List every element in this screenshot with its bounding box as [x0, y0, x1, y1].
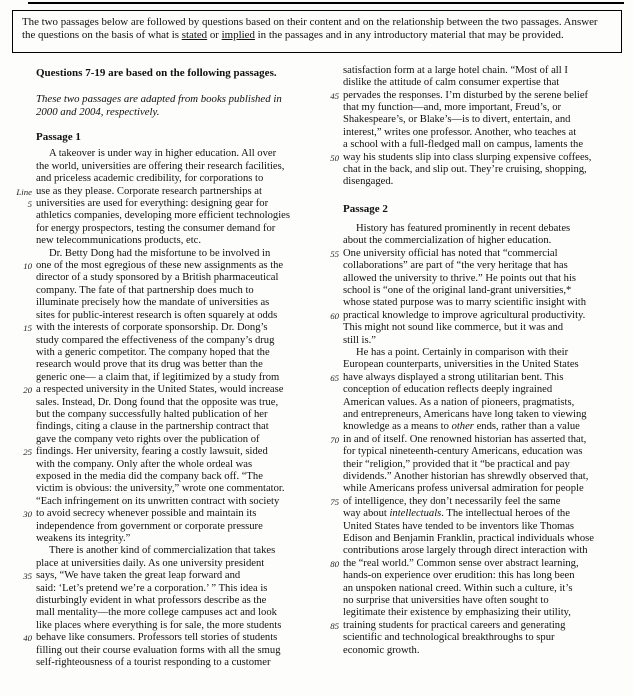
line-text: conception of education reflects deeply …	[343, 384, 624, 396]
line-number	[10, 583, 36, 595]
passage-line: their “religion,” provided that it “be p…	[317, 459, 624, 471]
line-number	[317, 359, 343, 371]
line-text: one of the most egregious of these new a…	[36, 260, 317, 272]
line-number	[317, 139, 343, 151]
line-number	[10, 210, 36, 222]
line-number	[317, 322, 343, 334]
instructions-box: The two passages below are followed by q…	[12, 10, 622, 53]
passage-1-continued-body: satisfaction form at a large hotel chain…	[317, 65, 624, 189]
passage-line: like places where everything is for sale…	[10, 620, 317, 632]
line-number: 60	[317, 310, 343, 322]
line-number	[317, 347, 343, 359]
line-text: dividends.” Another historian has shrewd…	[343, 471, 624, 483]
line-text: legitimate their existence by emphasizin…	[343, 607, 624, 619]
passage-line: chat in the back, and slip out. They’re …	[317, 164, 624, 176]
line-text: “Each infringement on its unwritten cont…	[36, 496, 317, 508]
line-number	[10, 421, 36, 433]
line-text: This might not sound like commerce, but …	[343, 322, 624, 334]
line-number	[10, 558, 36, 570]
line-text: for typical nineteenth-century Americans…	[343, 446, 624, 458]
line-text: with the company. Only after the whole o…	[36, 459, 317, 471]
line-number	[10, 310, 36, 322]
passage-line: whose stated purpose was to marry scient…	[317, 297, 624, 309]
line-text: hands-on experience over erudition: this…	[343, 570, 624, 582]
line-number	[317, 77, 343, 89]
passage-line: American values. As a nation of pioneers…	[317, 397, 624, 409]
line-number	[317, 533, 343, 545]
passage-line: victim is obvious: the university,” wrot…	[10, 483, 317, 495]
questions-header: Questions 7-19 are based on the followin…	[36, 67, 317, 80]
passage-line: 10one of the most egregious of these new…	[10, 260, 317, 272]
line-number	[10, 372, 36, 384]
line-text: to avoid secrecy whenever possible and m…	[36, 508, 317, 520]
line-text: One university official has noted that “…	[343, 248, 624, 260]
line-number	[317, 297, 343, 309]
line-number	[317, 483, 343, 495]
passage-line: for typical nineteenth-century Americans…	[317, 446, 624, 458]
line-text: says, “We have taken the great leap forw…	[36, 570, 317, 582]
line-number	[317, 127, 343, 139]
line-number: 50	[317, 152, 343, 164]
line-text: dislike the attitude of calm consumer ex…	[343, 77, 624, 89]
passage-line: hands-on experience over erudition: this…	[317, 570, 624, 582]
passage-line: dislike the attitude of calm consumer ex…	[317, 77, 624, 89]
line-number	[10, 607, 36, 619]
passage-line: scientific and technological breakthroug…	[317, 632, 624, 644]
passage-line: findings, citing a clause in the partner…	[10, 421, 317, 433]
passage-line: 20a respected university in the United S…	[10, 384, 317, 396]
line-text: American values. As a nation of pioneers…	[343, 397, 624, 409]
passage-line: while Americans profess universal admira…	[317, 483, 624, 495]
instructions-text: in the passages and in any introductory …	[255, 29, 564, 41]
line-number	[317, 632, 343, 644]
passage-line: 50way his students slip into class slurp…	[317, 152, 624, 164]
passage-line: place at universities daily. As one univ…	[10, 558, 317, 570]
line-text: an unspoken national creed. Within such …	[343, 583, 624, 595]
implied-underlined-word: implied	[222, 29, 255, 41]
stated-underlined-word: stated	[182, 29, 207, 41]
line-number	[10, 496, 36, 508]
line-number	[10, 657, 36, 669]
passage-line: still is.”	[317, 335, 624, 347]
line-text: whose stated purpose was to marry scient…	[343, 297, 624, 309]
line-number	[317, 508, 343, 520]
line-number	[10, 533, 36, 545]
passage-line: independence from government or corporat…	[10, 521, 317, 533]
passage-2-heading: Passage 2	[343, 203, 624, 215]
line-number	[317, 471, 343, 483]
passage-line: United States have tended to be inventor…	[317, 521, 624, 533]
passage-line: illuminate precisely how the mandate of …	[10, 297, 317, 309]
line-number	[10, 459, 36, 471]
line-text: knowledge as a means to other ends, rath…	[343, 421, 624, 433]
line-text: have always displayed a strong utilitari…	[343, 372, 624, 384]
line-text: disturbingly evident in what professors …	[36, 595, 317, 607]
line-text: a respected university in the United Sta…	[36, 384, 317, 396]
line-number: 10	[10, 260, 36, 272]
line-text: findings, citing a clause in the partner…	[36, 421, 317, 433]
line-number	[10, 595, 36, 607]
instructions-text: or	[207, 29, 222, 41]
passage-line: school is “one of the original land-gran…	[317, 285, 624, 297]
line-text: allowed the university to thrive.” He po…	[343, 273, 624, 285]
line-text: disengaged.	[343, 176, 624, 188]
passage-line: the world, universities are offering the…	[10, 161, 317, 173]
passage-1-body: A takeover is under way in higher educat…	[10, 148, 317, 669]
passage-line: with a generic competitor. The company h…	[10, 347, 317, 359]
line-text: new telecommunications products, etc.	[36, 235, 317, 247]
passage-line: Dr. Betty Dong had the misfortune to be …	[10, 248, 317, 260]
line-number	[10, 148, 36, 160]
line-text: United States have tended to be inventor…	[343, 521, 624, 533]
line-text: place at universities daily. As one univ…	[36, 558, 317, 570]
passage-line: said: ‘Let’s pretend we’re a corporation…	[10, 583, 317, 595]
passage-line: and entrepreneurs, Americans have long t…	[317, 409, 624, 421]
passage-line: company. The fate of that partnership do…	[10, 285, 317, 297]
line-text: Shakespeare’s, or Blake’s—is to divert, …	[343, 114, 624, 126]
line-text: victim is obvious: the university,” wrot…	[36, 483, 317, 495]
line-text: generic one— a claim that, if legitimize…	[36, 372, 317, 384]
line-number	[10, 434, 36, 446]
passage-line: weakens its integrity.”	[10, 533, 317, 545]
passage-line: This might not sound like commerce, but …	[317, 322, 624, 334]
source-note: These two passages are adapted from book…	[36, 93, 305, 119]
line-number	[317, 570, 343, 582]
line-text: contributions arose largely through dire…	[343, 545, 624, 557]
passage-line: new telecommunications products, etc.	[10, 235, 317, 247]
line-number	[317, 102, 343, 114]
line-number	[10, 223, 36, 235]
line-text: interest,” writes one professor. Another…	[343, 127, 624, 139]
line-text: chat in the back, and slip out. They’re …	[343, 164, 624, 176]
passage-line: 25findings. Her university, fearing a co…	[10, 446, 317, 458]
line-text: director of a study sponsored by a Briti…	[36, 272, 317, 284]
passage-line: self-righteousness of a tourist respondi…	[10, 657, 317, 669]
passage-line: no surprise that universities have often…	[317, 595, 624, 607]
line-number	[10, 409, 36, 421]
test-page: The two passages below are followed by q…	[0, 0, 633, 696]
line-text: satisfaction form at a large hotel chain…	[343, 65, 624, 77]
passage-line: European counterparts, universities in t…	[317, 359, 624, 371]
passage-line: study compared the effectiveness of the …	[10, 335, 317, 347]
line-text: a school with a full-fledged mall on cam…	[343, 139, 624, 151]
line-number: 65	[317, 372, 343, 384]
passage-2-body: History has featured prominently in rece…	[317, 223, 624, 657]
line-text: but the company successfully halted publ…	[36, 409, 317, 421]
line-text: of intelligence, they don’t necessarily …	[343, 496, 624, 508]
passage-line: exposed in the media did the company bac…	[10, 471, 317, 483]
line-text: pervades the responses. I’m disturbed by…	[343, 90, 624, 102]
line-text: said: ‘Let’s pretend we’re a corporation…	[36, 583, 317, 595]
passage-line: He has a point. Certainly in comparison …	[317, 347, 624, 359]
passage-line: satisfaction form at a large hotel chain…	[317, 65, 624, 77]
line-text: company. The fate of that partnership do…	[36, 285, 317, 297]
line-text: exposed in the media did the company bac…	[36, 471, 317, 483]
line-text: way his students slip into class slurpin…	[343, 152, 624, 164]
passage-line: Lineuse as they please. Corporate resear…	[10, 186, 317, 198]
passage-line: 30to avoid secrecy whenever possible and…	[10, 508, 317, 520]
line-text: with the interests of corporate sponsors…	[36, 322, 317, 334]
line-number: 45	[317, 90, 343, 102]
passage-line: 65have always displayed a strong utilita…	[317, 372, 624, 384]
line-text: training students for practical careers …	[343, 620, 624, 632]
line-number	[10, 545, 36, 557]
line-number: 25	[10, 446, 36, 458]
line-text: economic growth.	[343, 645, 624, 657]
passage-line: 40behave like consumers. Professors tell…	[10, 632, 317, 644]
line-text: and priceless academic credibility, for …	[36, 173, 317, 185]
passage-line: mall mentality—the more college campuses…	[10, 607, 317, 619]
passage-line: for energy prospectors, testing the cons…	[10, 223, 317, 235]
line-text: use as they please. Corporate research p…	[36, 186, 317, 198]
line-text: school is “one of the original land-gran…	[343, 285, 624, 297]
passage-line: athletics companies, developing more eff…	[10, 210, 317, 222]
line-text: the world, universities are offering the…	[36, 161, 317, 173]
passage-line: 15with the interests of corporate sponso…	[10, 322, 317, 334]
line-number: 5	[10, 198, 36, 210]
passage-line: 85training students for practical career…	[317, 620, 624, 632]
passage-line: disturbingly evident in what professors …	[10, 595, 317, 607]
passage-1-heading: Passage 1	[36, 131, 317, 143]
passage-column-left: Questions 7-19 are based on the followin…	[10, 65, 317, 670]
line-text: athletics companies, developing more eff…	[36, 210, 317, 222]
line-text: independence from government or corporat…	[36, 521, 317, 533]
line-text: practical knowledge to improve agricultu…	[343, 310, 624, 322]
line-number: 35	[10, 570, 36, 582]
passage-line: that my function—and, more important, Fr…	[317, 102, 624, 114]
page-top-rule	[28, 2, 624, 4]
line-number	[10, 471, 36, 483]
line-number	[317, 235, 343, 247]
two-column-layout: Questions 7-19 are based on the followin…	[0, 65, 633, 670]
line-number	[10, 521, 36, 533]
line-text: still is.”	[343, 335, 624, 347]
passage-line: economic growth.	[317, 645, 624, 657]
passage-line: 70in and of itself. One renowned histori…	[317, 434, 624, 446]
line-number	[317, 409, 343, 421]
line-number: 55	[317, 248, 343, 260]
line-number	[10, 161, 36, 173]
line-number	[10, 297, 36, 309]
passage-line: interest,” writes one professor. Another…	[317, 127, 624, 139]
line-text: universities are used for everything: de…	[36, 198, 317, 210]
line-text: and entrepreneurs, Americans have long t…	[343, 409, 624, 421]
passage-line: gave the company veto rights over the pu…	[10, 434, 317, 446]
line-number	[317, 273, 343, 285]
line-text: illuminate precisely how the mandate of …	[36, 297, 317, 309]
line-number: 40	[10, 632, 36, 644]
line-text: gave the company veto rights over the pu…	[36, 434, 317, 446]
line-text: Edison and Benjamin Franklin, practical …	[343, 533, 624, 545]
line-number	[317, 65, 343, 77]
passage-line: disengaged.	[317, 176, 624, 188]
line-text: like places where everything is for sale…	[36, 620, 317, 632]
passage-line: but the company successfully halted publ…	[10, 409, 317, 421]
line-number	[317, 223, 343, 235]
passage-line: History has featured prominently in rece…	[317, 223, 624, 235]
line-text: collaborations” are part of “the very he…	[343, 260, 624, 272]
line-text: A takeover is under way in higher educat…	[36, 148, 317, 160]
line-number	[10, 397, 36, 409]
line-text: study compared the effectiveness of the …	[36, 335, 317, 347]
passage-line: A takeover is under way in higher educat…	[10, 148, 317, 160]
line-number	[317, 583, 343, 595]
line-number	[10, 248, 36, 260]
passage-line: 5universities are used for everything: d…	[10, 198, 317, 210]
line-number	[317, 607, 343, 619]
line-number	[317, 595, 343, 607]
line-text: in and of itself. One renowned historian…	[343, 434, 624, 446]
line-number: 85	[317, 620, 343, 632]
line-number	[10, 483, 36, 495]
line-number	[317, 397, 343, 409]
line-number	[317, 421, 343, 433]
passage-line: 45pervades the responses. I’m disturbed …	[317, 90, 624, 102]
line-text: History has featured prominently in rece…	[343, 223, 624, 235]
line-number	[10, 235, 36, 247]
passage-line: sales. Instead, Dr. Dong found that the …	[10, 397, 317, 409]
passage-line: legitimate their existence by emphasizin…	[317, 607, 624, 619]
passage-line: filling out their course evaluation form…	[10, 645, 317, 657]
line-text: behave like consumers. Professors tell s…	[36, 632, 317, 644]
line-text: research would prove that its drug was b…	[36, 359, 317, 371]
line-text: sales. Instead, Dr. Dong found that the …	[36, 397, 317, 409]
line-text: self-righteousness of a tourist respondi…	[36, 657, 317, 669]
line-number	[317, 114, 343, 126]
line-text: way about intellectuals. The intellectua…	[343, 508, 624, 520]
line-text: about the commercialization of higher ed…	[343, 235, 624, 247]
line-text: mall mentality—the more college campuses…	[36, 607, 317, 619]
line-number: Line	[10, 186, 36, 198]
line-number	[10, 173, 36, 185]
passage-line: a school with a full-fledged mall on cam…	[317, 139, 624, 151]
line-number: 30	[10, 508, 36, 520]
line-number: 20	[10, 384, 36, 396]
line-text: the “real world.” Common sense over abst…	[343, 558, 624, 570]
passage-line: There is another kind of commercializati…	[10, 545, 317, 557]
line-number	[317, 545, 343, 557]
passage-line: knowledge as a means to other ends, rath…	[317, 421, 624, 433]
line-text: their “religion,” provided that it “be p…	[343, 459, 624, 471]
passage-line: director of a study sponsored by a Briti…	[10, 272, 317, 284]
line-number	[317, 260, 343, 272]
passage-line: 35says, “We have taken the great leap fo…	[10, 570, 317, 582]
line-text: sites for public-interest research is of…	[36, 310, 317, 322]
passage-line: Shakespeare’s, or Blake’s—is to divert, …	[317, 114, 624, 126]
line-number	[10, 359, 36, 371]
line-number	[10, 620, 36, 632]
line-text: findings. Her university, fearing a cost…	[36, 446, 317, 458]
line-number	[317, 176, 343, 188]
passage-line: dividends.” Another historian has shrewd…	[317, 471, 624, 483]
passage-line: sites for public-interest research is of…	[10, 310, 317, 322]
line-text: scientific and technological breakthroug…	[343, 632, 624, 644]
line-number: 15	[10, 322, 36, 334]
line-text: He has a point. Certainly in comparison …	[343, 347, 624, 359]
line-number: 80	[317, 558, 343, 570]
line-text: while Americans profess universal admira…	[343, 483, 624, 495]
line-text: with a generic competitor. The company h…	[36, 347, 317, 359]
passage-line: 60practical knowledge to improve agricul…	[317, 310, 624, 322]
line-number	[10, 272, 36, 284]
passage-column-right: satisfaction form at a large hotel chain…	[317, 65, 624, 670]
passage-line: conception of education reflects deeply …	[317, 384, 624, 396]
passage-line: allowed the university to thrive.” He po…	[317, 273, 624, 285]
passage-line: an unspoken national creed. Within such …	[317, 583, 624, 595]
line-number	[317, 446, 343, 458]
line-number	[317, 521, 343, 533]
line-number: 75	[317, 496, 343, 508]
passage-line: collaborations” are part of “the very he…	[317, 260, 624, 272]
line-number	[317, 335, 343, 347]
passage-line: with the company. Only after the whole o…	[10, 459, 317, 471]
line-text: for energy prospectors, testing the cons…	[36, 223, 317, 235]
line-number	[317, 164, 343, 176]
line-text: that my function—and, more important, Fr…	[343, 102, 624, 114]
line-text: European counterparts, universities in t…	[343, 359, 624, 371]
passage-line: 75of intelligence, they don’t necessaril…	[317, 496, 624, 508]
passage-line: and priceless academic credibility, for …	[10, 173, 317, 185]
passage-line: generic one— a claim that, if legitimize…	[10, 372, 317, 384]
line-number	[10, 645, 36, 657]
passage-line: 80the “real world.” Common sense over ab…	[317, 558, 624, 570]
line-number	[10, 285, 36, 297]
line-number: 70	[317, 434, 343, 446]
passage-line: 55One university official has noted that…	[317, 248, 624, 260]
passage-line: Edison and Benjamin Franklin, practical …	[317, 533, 624, 545]
line-text: filling out their course evaluation form…	[36, 645, 317, 657]
line-text: weakens its integrity.”	[36, 533, 317, 545]
passage-line: contributions arose largely through dire…	[317, 545, 624, 557]
line-number	[10, 347, 36, 359]
passage-line: research would prove that its drug was b…	[10, 359, 317, 371]
line-text: Dr. Betty Dong had the misfortune to be …	[36, 248, 317, 260]
passage-line: about the commercialization of higher ed…	[317, 235, 624, 247]
line-text: There is another kind of commercializati…	[36, 545, 317, 557]
passage-line: way about intellectuals. The intellectua…	[317, 508, 624, 520]
line-number	[317, 645, 343, 657]
line-number	[10, 335, 36, 347]
line-text: no surprise that universities have often…	[343, 595, 624, 607]
line-number	[317, 285, 343, 297]
line-number	[317, 459, 343, 471]
line-number	[317, 384, 343, 396]
passage-line: “Each infringement on its unwritten cont…	[10, 496, 317, 508]
